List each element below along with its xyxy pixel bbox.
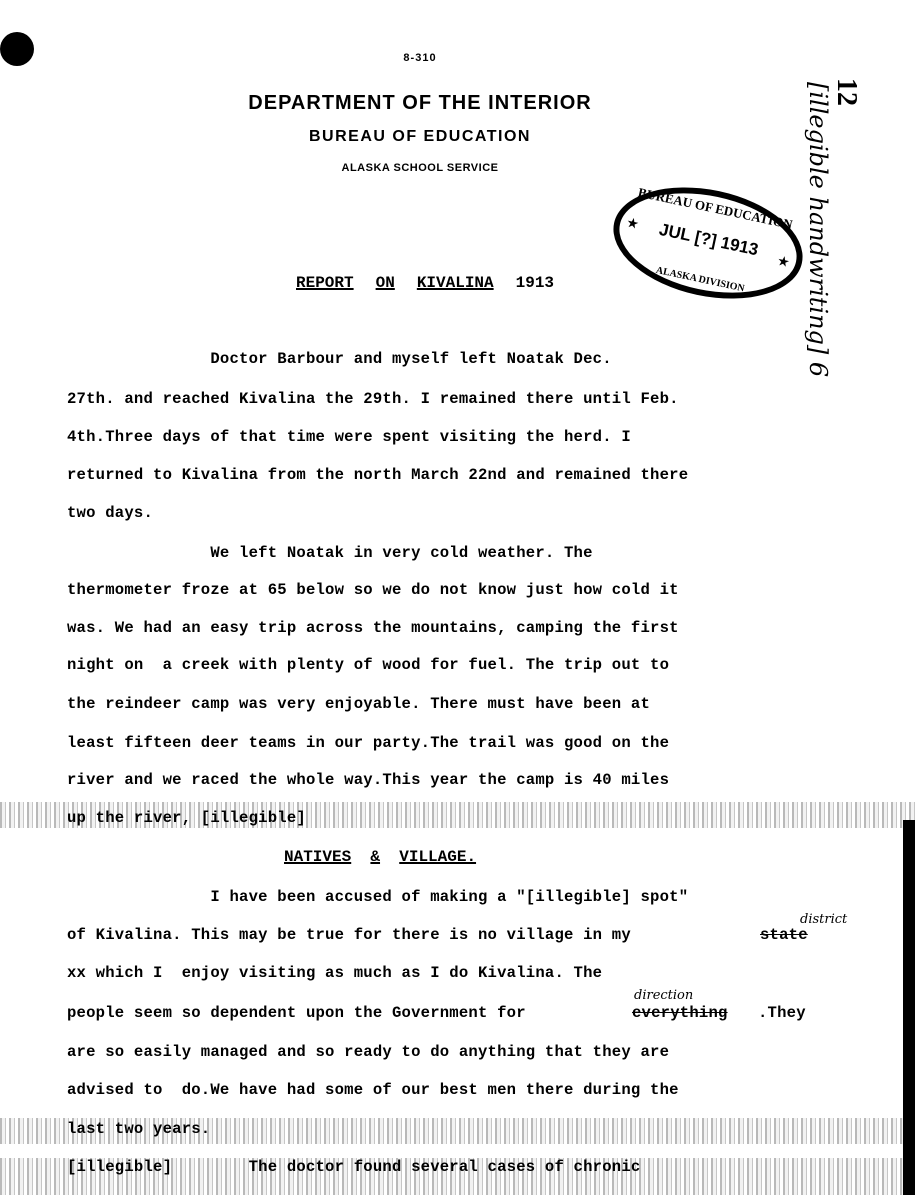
report-title: REPORTONKIVALINA1913 [296,274,554,292]
text-fragment: .They [758,1004,806,1022]
text-line: river and we raced the whole way.This ye… [67,771,669,789]
text-line: We left Noatak in very cold weather. The [67,544,593,562]
page-number: 12 [830,78,862,106]
text-line: people seem so dependent upon the Govern… [67,1004,526,1022]
text-line: of Kivalina. This may be true for there … [67,926,631,944]
text-line: the reindeer camp was very enjoyable. Th… [67,695,650,713]
text-line: last two years. [67,1120,210,1138]
star-icon: ★ [775,253,791,272]
text-line: Doctor Barbour and myself left Noatak De… [67,350,612,368]
scan-edge-shadow [903,820,915,1195]
title-word: KIVALINA [417,274,494,292]
text-line: two days. [67,504,153,522]
struck-word: everything [632,1004,728,1022]
text-line: 27th. and reached Kivalina the 29th. I r… [67,390,679,408]
handwritten-insert: district [800,912,847,927]
stamp-bottom-text: ALASKA DIVISION [611,256,789,304]
text-line: thermometer froze at 65 below so we do n… [67,581,679,599]
text-line: xx which I enjoy visiting as much as I d… [67,964,602,982]
form-number: 8-310 [0,52,840,64]
department-heading: DEPARTMENT OF THE INTERIOR [0,92,840,115]
title-year: 1913 [516,274,554,292]
text-line: 4th.Three days of that time were spent v… [67,428,631,446]
text-line: returned to Kivalina from the north Marc… [67,466,688,484]
text-line: up the river, [illegible] [67,809,306,827]
section-heading-word: VILLAGE. [399,848,476,866]
title-word: ON [376,274,395,292]
service-heading: ALASKA SCHOOL SERVICE [0,162,840,174]
handwritten-insert: direction [634,988,693,1003]
section-heading-word: NATIVES [284,848,351,866]
text-line: advised to do.We have had some of our be… [67,1081,679,1099]
received-stamp: BUREAU OF EDUCATION ★ JUL [?] 1913 ★ ALA… [603,171,813,315]
handwritten-margin-note: [illegible handwriting] 6 [804,82,832,377]
scanned-document-page: 8-310 DEPARTMENT OF THE INTERIOR BUREAU … [0,0,915,1195]
struck-word: state [760,926,808,944]
text-line: was. We had an easy trip across the moun… [67,619,679,637]
text-line: least fifteen deer teams in our party.Th… [67,734,669,752]
section-heading-amp: & [370,848,380,866]
text-line: night on a creek with plenty of wood for… [67,656,669,674]
title-word: REPORT [296,274,354,292]
bureau-heading: BUREAU OF EDUCATION [0,128,840,146]
text-line: are so easily managed and so ready to do… [67,1043,669,1061]
text-line: I have been accused of making a "[illegi… [67,888,688,906]
text-line: [illegible] The doctor found several cas… [67,1158,640,1176]
section-heading: NATIVES & VILLAGE. [284,848,476,866]
